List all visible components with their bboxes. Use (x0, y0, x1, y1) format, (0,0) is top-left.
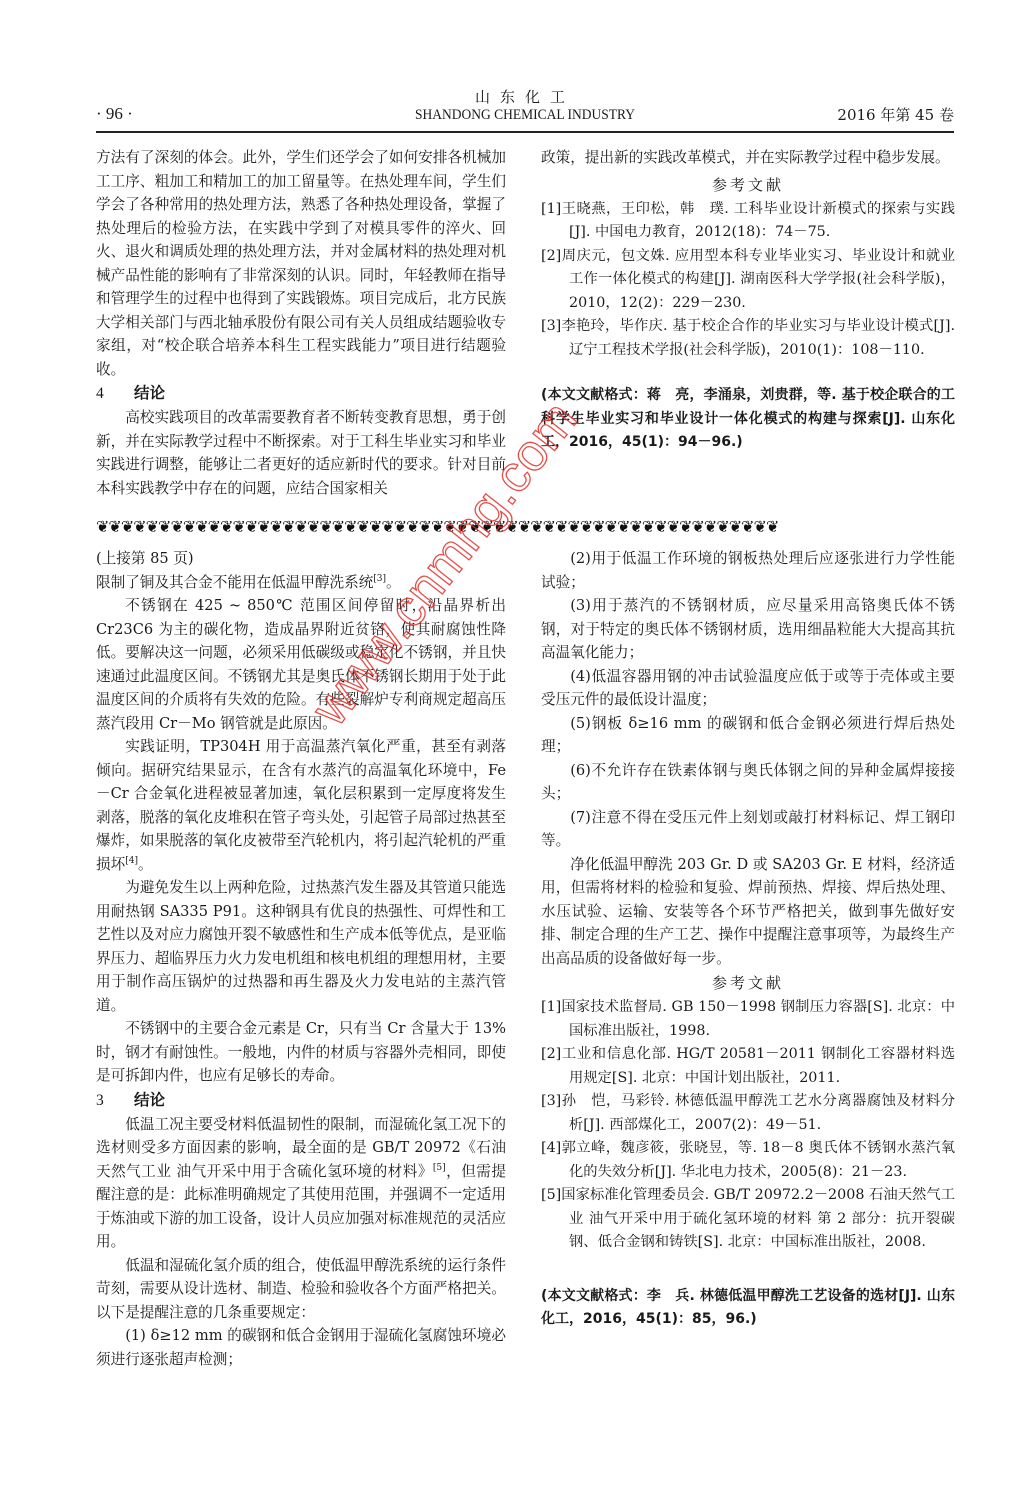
list-item: (3)用于蒸汽的不锈钢材质，应尽量采用高铬奥氏体不锈钢，对于特定的奥氏体不锈钢材… (541, 594, 955, 665)
section-title: 结论 (134, 384, 165, 402)
bottom-left-column: (上接第 85 页) 限制了铜及其合金不能用在低温甲醇洗系统[3]。 不锈钢在 … (96, 547, 506, 1371)
body-paragraph: 高校实践项目的改革需要教育者不断转变教育思想，勇于创新，并在实际教学过程中不断探… (96, 406, 506, 500)
volume-label: 2016 年第 45 卷 (837, 104, 954, 125)
journal-title-cn: 山东化工 (96, 88, 954, 106)
reference-item: [1]王晓燕，王印松，韩 璞. 工科毕业设计新模式的探索与实践[J]. 中国电力… (541, 198, 955, 245)
section-heading: 4结论 (96, 381, 506, 406)
header-rule (96, 131, 954, 133)
bottom-right-column: (2)用于低温工作环境的钢板热处理后应逐张进行力学性能试验； (3)用于蒸汽的不… (541, 547, 955, 1332)
list-item: (7)注意不得在受压元件上刻划或敲打材料标记、焊工钢印等。 (541, 806, 955, 853)
body-paragraph: 低温工况主要受材料低温韧性的限制，而湿硫化氢工况下的选材则受多方面因素的影响，最… (96, 1113, 506, 1254)
references-title: 参考文献 (541, 970, 955, 996)
references-title: 参考文献 (541, 172, 955, 198)
citation-format: (本文文献格式：蒋 亮，李涌泉，刘贵群，等. 基于校企联合的工科学生毕业实习和毕… (541, 384, 955, 455)
reference-item: [3]孙 恺，马彩铃. 林德低温甲醇洗工艺水分离器腐蚀及材料分析[J]. 西部煤… (541, 1090, 955, 1137)
section-heading: 3结论 (96, 1088, 506, 1113)
body-paragraph: 为避免发生以上两种危险，过热蒸汽发生器及其管道只能选用耐热钢 SA335 P91… (96, 876, 506, 1017)
reference-item: [1]国家技术监督局. GB 150－1998 钢制压力容器[S]. 北京：中国… (541, 996, 955, 1043)
body-text: 实践证明，TP304H 用于高温蒸汽氧化严重，甚至有剥落倾向。据研究结果显示，在… (96, 738, 506, 873)
body-paragraph: 政策，提出新的实践改革模式，并在实际教学过程中稳步发展。 (541, 146, 955, 170)
list-item: (1) δ≥12 mm 的碳钢和低合金钢用于湿硫化氢腐蚀环境必须进行逐张超声检测… (96, 1324, 506, 1371)
reference-item: [5]国家标准化管理委员会. GB/T 20972.2－2008 石油天然气工业… (541, 1184, 955, 1255)
list-item: (4)低温容器用钢的冲击试验温度应低于或等于壳体或主要受压元件的最低设计温度； (541, 665, 955, 712)
citation-format: (本文文献格式：李 兵. 林德低温甲醇洗工艺设备的选材[J]. 山东化工，201… (541, 1285, 955, 1332)
journal-title: 山东化工 SHANDONG CHEMICAL INDUSTRY (96, 88, 954, 124)
reference-item: [4]郭立峰，魏彦筱，张晓昱，等. 18－8 奥氏体不锈钢水蒸汽氧化的失效分析[… (541, 1137, 955, 1184)
reference-item: [2]工业和信息化部. HG/T 20581－2011 钢制化工容器材料选用规定… (541, 1043, 955, 1090)
list-item: (5)钢板 δ≥16 mm 的碳钢和低合金钢必须进行焊后热处理； (541, 712, 955, 759)
citation-ref: [4] (125, 856, 138, 866)
body-paragraph: 不锈钢中的主要合金元素是 Cr，只有当 Cr 含量大于 13% 时，钢才有耐蚀性… (96, 1017, 506, 1088)
section-number: 3 (96, 1089, 134, 1113)
body-paragraph: 实践证明，TP304H 用于高温蒸汽氧化严重，甚至有剥落倾向。据研究结果显示，在… (96, 735, 506, 876)
section-title: 结论 (134, 1091, 165, 1109)
body-text: 。 (138, 856, 153, 873)
citation-ref: [3] (373, 574, 386, 584)
reference-item: [3]李艳玲，毕作庆. 基于校企合作的毕业实习与毕业设计模式[J]. 辽宁工程技… (541, 315, 955, 362)
list-item: (6)不允许存在铁素体钢与奥氏体钢之间的异种金属焊接接头； (541, 759, 955, 806)
section-number: 4 (96, 382, 134, 406)
list-item: (2)用于低温工作环境的钢板热处理后应逐张进行力学性能试验； (541, 547, 955, 594)
top-left-column: 方法有了深刻的体会。此外，学生们还学会了如何安排各机械加工工序、粗加工和精加工的… (96, 146, 506, 500)
body-paragraph: 低温和湿硫化氢介质的组合，使低温甲醇洗系统的运行条件苛刻，需要从设计选材、制造、… (96, 1254, 506, 1325)
body-paragraph: 方法有了深刻的体会。此外，学生们还学会了如何安排各机械加工工序、粗加工和精加工的… (96, 146, 506, 381)
journal-title-en: SHANDONG CHEMICAL INDUSTRY (139, 106, 911, 124)
body-paragraph: 不锈钢在 425 ~ 850℃ 范围区间停留时，沿晶界析出 Cr23C6 为主的… (96, 594, 506, 735)
citation-ref: [5] (433, 1163, 446, 1173)
body-text: 限制了铜及其合金不能用在低温甲醇洗系统 (96, 574, 373, 591)
ornament-divider: ❦❦❦❦❦❦❦❦❦❦❦❦❦❦❦❦❦❦❦❦❦❦❦❦❦❦❦❦❦❦❦❦❦❦❦❦❦❦❦❦… (96, 518, 954, 536)
body-paragraph: 净化低温甲醇洗 203 Gr. D 或 SA203 Gr. E 材料，经济适用，… (541, 853, 955, 971)
reference-item: [2]周庆元，包文姝. 应用型本科专业毕业实习、毕业设计和就业工作一体化模式的构… (541, 245, 955, 316)
top-right-column: 政策，提出新的实践改革模式，并在实际教学过程中稳步发展。 参考文献 [1]王晓燕… (541, 146, 955, 455)
page-header: · 96 · 山东化工 SHANDONG CHEMICAL INDUSTRY 2… (96, 88, 954, 128)
